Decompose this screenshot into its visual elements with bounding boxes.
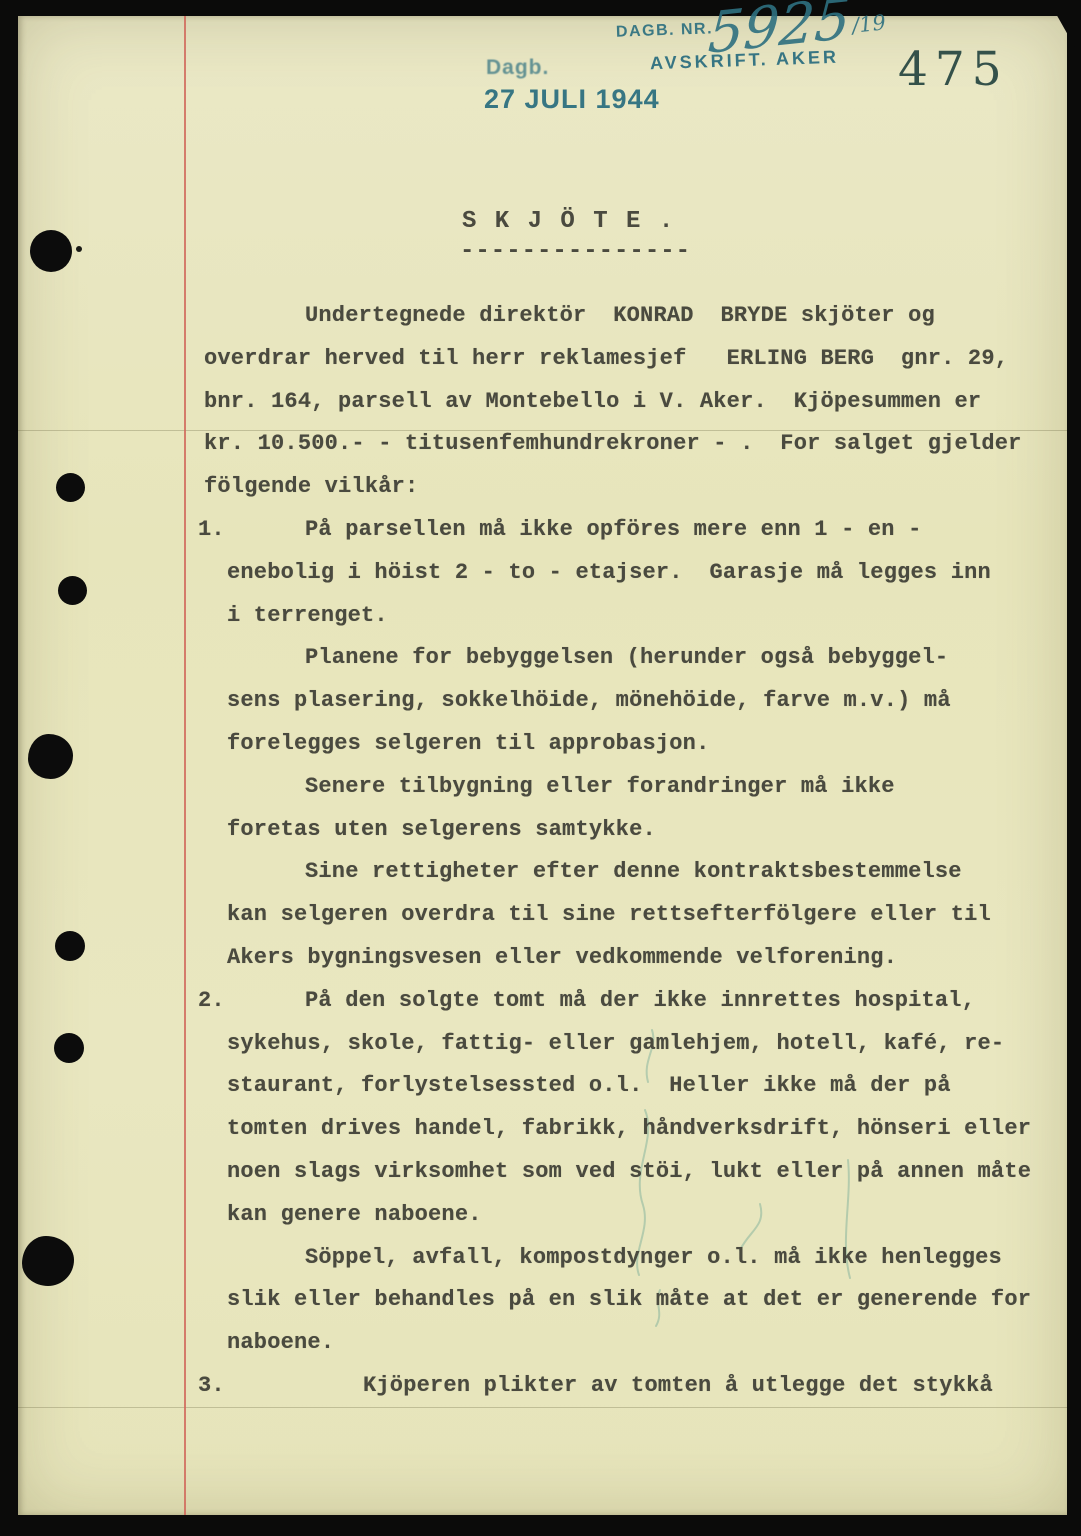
document-line: Sine rettigheter efter denne kontraktsbe… [305, 860, 962, 884]
line-text: noen slags virksomhet som ved stöi, lukt… [227, 1159, 1031, 1184]
line-text: Kjöperen plikter av tomten å utlegge det… [363, 1373, 993, 1398]
document-line: enebolig i höist 2 - to - etajser. Garas… [227, 561, 991, 585]
dagb-stamp-partial: Dagb. [486, 56, 549, 80]
punch-hole [22, 1236, 74, 1286]
document-line: overdrar herved til herr reklamesjef ERL… [204, 347, 1008, 371]
line-text: enebolig i höist 2 - to - etajser. Garas… [227, 560, 991, 585]
line-text: slik eller behandles på en slik måte at … [227, 1287, 1031, 1312]
line-text: foretas uten selgerens samtykke. [227, 817, 656, 842]
clause-number: 2. [198, 989, 225, 1013]
line-text: På parsellen må ikke opföres mere enn 1 … [305, 517, 922, 542]
scan-crease-line [18, 1407, 1067, 1408]
document-line: Akers bygningsvesen eller vedkommende ve… [227, 946, 897, 970]
line-text: sykehus, skole, fattig- eller gamlehjem,… [227, 1031, 1004, 1056]
document-line: 2.På den solgte tomt må der ikke innrett… [305, 989, 975, 1013]
document-line: naboene. [227, 1331, 334, 1355]
line-text: forelegges selgeren til approbasjon. [227, 731, 709, 756]
document-line: noen slags virksomhet som ved stöi, lukt… [227, 1160, 1031, 1184]
line-text: i terrenget. [227, 603, 388, 628]
punch-hole [56, 473, 85, 502]
date-stamp: 27 JULI 1944 [484, 84, 660, 115]
line-text: kr. 10.500.- - titusenfemhundrekroner - … [204, 431, 1022, 456]
clause-number: 3. [198, 1374, 225, 1398]
document-line: Undertegnede direktör KONRAD BRYDE skjöt… [305, 304, 935, 328]
document-line: staurant, forlystelsessted o.l. Heller i… [227, 1074, 951, 1098]
ink-speck [76, 246, 82, 252]
document-line: tomten drives handel, fabrikk, håndverks… [227, 1117, 1031, 1141]
document-line: sykehus, skole, fattig- eller gamlehjem,… [227, 1032, 1004, 1056]
document-line: kan genere naboene. [227, 1203, 482, 1227]
line-text: bnr. 164, parsell av Montebello i V. Ake… [204, 389, 981, 414]
punch-hole [30, 230, 72, 272]
document-line: slik eller behandles på en slik måte at … [227, 1288, 1031, 1312]
document-line: 3.Kjöperen plikter av tomten å utlegge d… [363, 1374, 993, 1398]
document-line: 1.På parsellen må ikke opföres mere enn … [305, 518, 922, 542]
clause-number: 1. [198, 518, 225, 542]
document-line: kr. 10.500.- - titusenfemhundrekroner - … [204, 432, 1022, 456]
line-text: naboene. [227, 1330, 334, 1355]
punch-hole [28, 734, 73, 779]
line-text: overdrar herved til herr reklamesjef ERL… [204, 346, 1008, 371]
document-line: Planene for bebyggelsen (herunder også b… [305, 646, 948, 670]
document-line: kan selgeren overdra til sine rettsefter… [227, 903, 991, 927]
document-title-underline: --------------- [460, 238, 691, 265]
document-line: sens plasering, sokkelhöide, mönehöide, … [227, 689, 951, 713]
journal-number-stamp-label: DAGB. NR. [616, 20, 714, 41]
line-text: Undertegnede direktör KONRAD BRYDE skjöt… [305, 303, 935, 328]
punch-hole [58, 576, 87, 605]
document-title: S K J Ö T E . [462, 208, 675, 235]
line-text: Senere tilbygning eller forandringer må … [305, 774, 895, 799]
line-text: Planene for bebyggelsen (herunder også b… [305, 645, 948, 670]
document-line: Söppel, avfall, kompostdynger o.l. må ik… [305, 1246, 1002, 1270]
document-line: fölgende vilkår: [204, 475, 418, 499]
line-text: På den solgte tomt må der ikke innrettes… [305, 988, 975, 1013]
paper-corner-shadow [1055, 12, 1081, 58]
punch-hole [54, 1033, 84, 1063]
document-line: forelegges selgeren til approbasjon. [227, 732, 709, 756]
document-line: foretas uten selgerens samtykke. [227, 818, 656, 842]
line-text: tomten drives handel, fabrikk, håndverks… [227, 1116, 1031, 1141]
document-line: i terrenget. [227, 604, 388, 628]
line-text: staurant, forlystelsessted o.l. Heller i… [227, 1073, 951, 1098]
line-text: kan genere naboene. [227, 1202, 482, 1227]
journal-number-suffix: /19 [851, 10, 887, 37]
scanned-deed-page: DAGB. NR. 5925 /19 AVSKRIFT. AKER Dagb. … [0, 0, 1081, 1536]
line-text: fölgende vilkår: [204, 474, 418, 499]
document-line: Senere tilbygning eller forandringer må … [305, 775, 895, 799]
line-text: Söppel, avfall, kompostdynger o.l. må ik… [305, 1245, 1002, 1270]
page-number: 475 [898, 42, 1009, 97]
line-text: Akers bygningsvesen eller vedkommende ve… [227, 945, 897, 970]
document-line: bnr. 164, parsell av Montebello i V. Ake… [204, 390, 981, 414]
line-text: sens plasering, sokkelhöide, mönehöide, … [227, 688, 951, 713]
line-text: Sine rettigheter efter denne kontraktsbe… [305, 859, 962, 884]
margin-line [184, 16, 186, 1515]
line-text: kan selgeren overdra til sine rettsefter… [227, 902, 991, 927]
punch-hole [55, 931, 85, 961]
